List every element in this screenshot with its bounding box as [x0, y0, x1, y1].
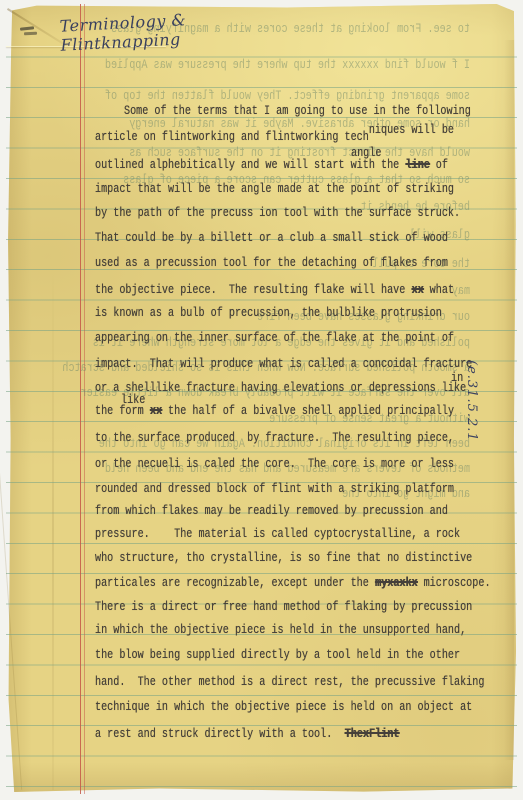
typed-line: the form xx the half of a bivalve shell …	[95, 404, 454, 417]
bleedthrough-line: some apparent grinding effect. They woul…	[105, 89, 470, 102]
typed-line: Some of the terms that I am going to use…	[124, 104, 471, 117]
typed-line: or a shelllike fracture having elevation…	[95, 381, 466, 394]
typed-line: is known as a bulb of precussion, the bu…	[95, 306, 442, 319]
handwritten-margin-note: (e.31.5.2.1	[464, 360, 479, 442]
bleedthrough-line: I f would find xxxxxx the tup where the …	[105, 58, 470, 71]
typed-line: There is a direct or free hand method of…	[95, 600, 472, 613]
typed-line: particales are recognizable, except unde…	[95, 576, 491, 589]
typed-line: That could be by a billett or a club a s…	[95, 231, 448, 244]
typed-line: outlined alphebitically and we will star…	[95, 158, 448, 171]
staple-mark	[24, 31, 37, 34]
typed-line: used as a precussion tool for the detach…	[95, 256, 448, 269]
typed-line: to the surface produced by fracture. The…	[95, 431, 454, 444]
typed-line: from which flakes may be readily removed…	[95, 504, 448, 517]
scanned-document: to see. From looking at these cores with…	[0, 0, 523, 800]
typed-line: the blow being supplied directly by a to…	[95, 648, 460, 661]
typed-line: pressure. The material is called cyptocr…	[95, 527, 460, 540]
bleedthrough-line: may	[452, 284, 470, 297]
typed-line: technique in which the objective piece i…	[95, 700, 472, 713]
typed-line: the objective piece. The resulting flake…	[95, 283, 454, 296]
typed-line: article on flintworking and flintworking…	[95, 130, 454, 143]
typed-line: rounded and dressed block of flint with …	[95, 482, 454, 495]
typed-line: or the necueli is caled the core. The co…	[95, 457, 454, 470]
typed-line: impact. That will produce what is called…	[95, 357, 472, 370]
typed-line: appearing on the inner surface of the fl…	[95, 331, 454, 344]
typed-line: hand. The other method is a direct rest,…	[95, 675, 484, 688]
typed-line: impact that will be the angle made at th…	[95, 182, 454, 195]
typed-line: who structure, tho crystalline, is so fi…	[95, 551, 472, 564]
typed-line: in which the objective piece is held in …	[95, 623, 466, 636]
typed-line: a rest and struck directly with a tool. …	[95, 727, 399, 740]
typed-line: by the path of the precuss ion tool with…	[95, 206, 460, 219]
